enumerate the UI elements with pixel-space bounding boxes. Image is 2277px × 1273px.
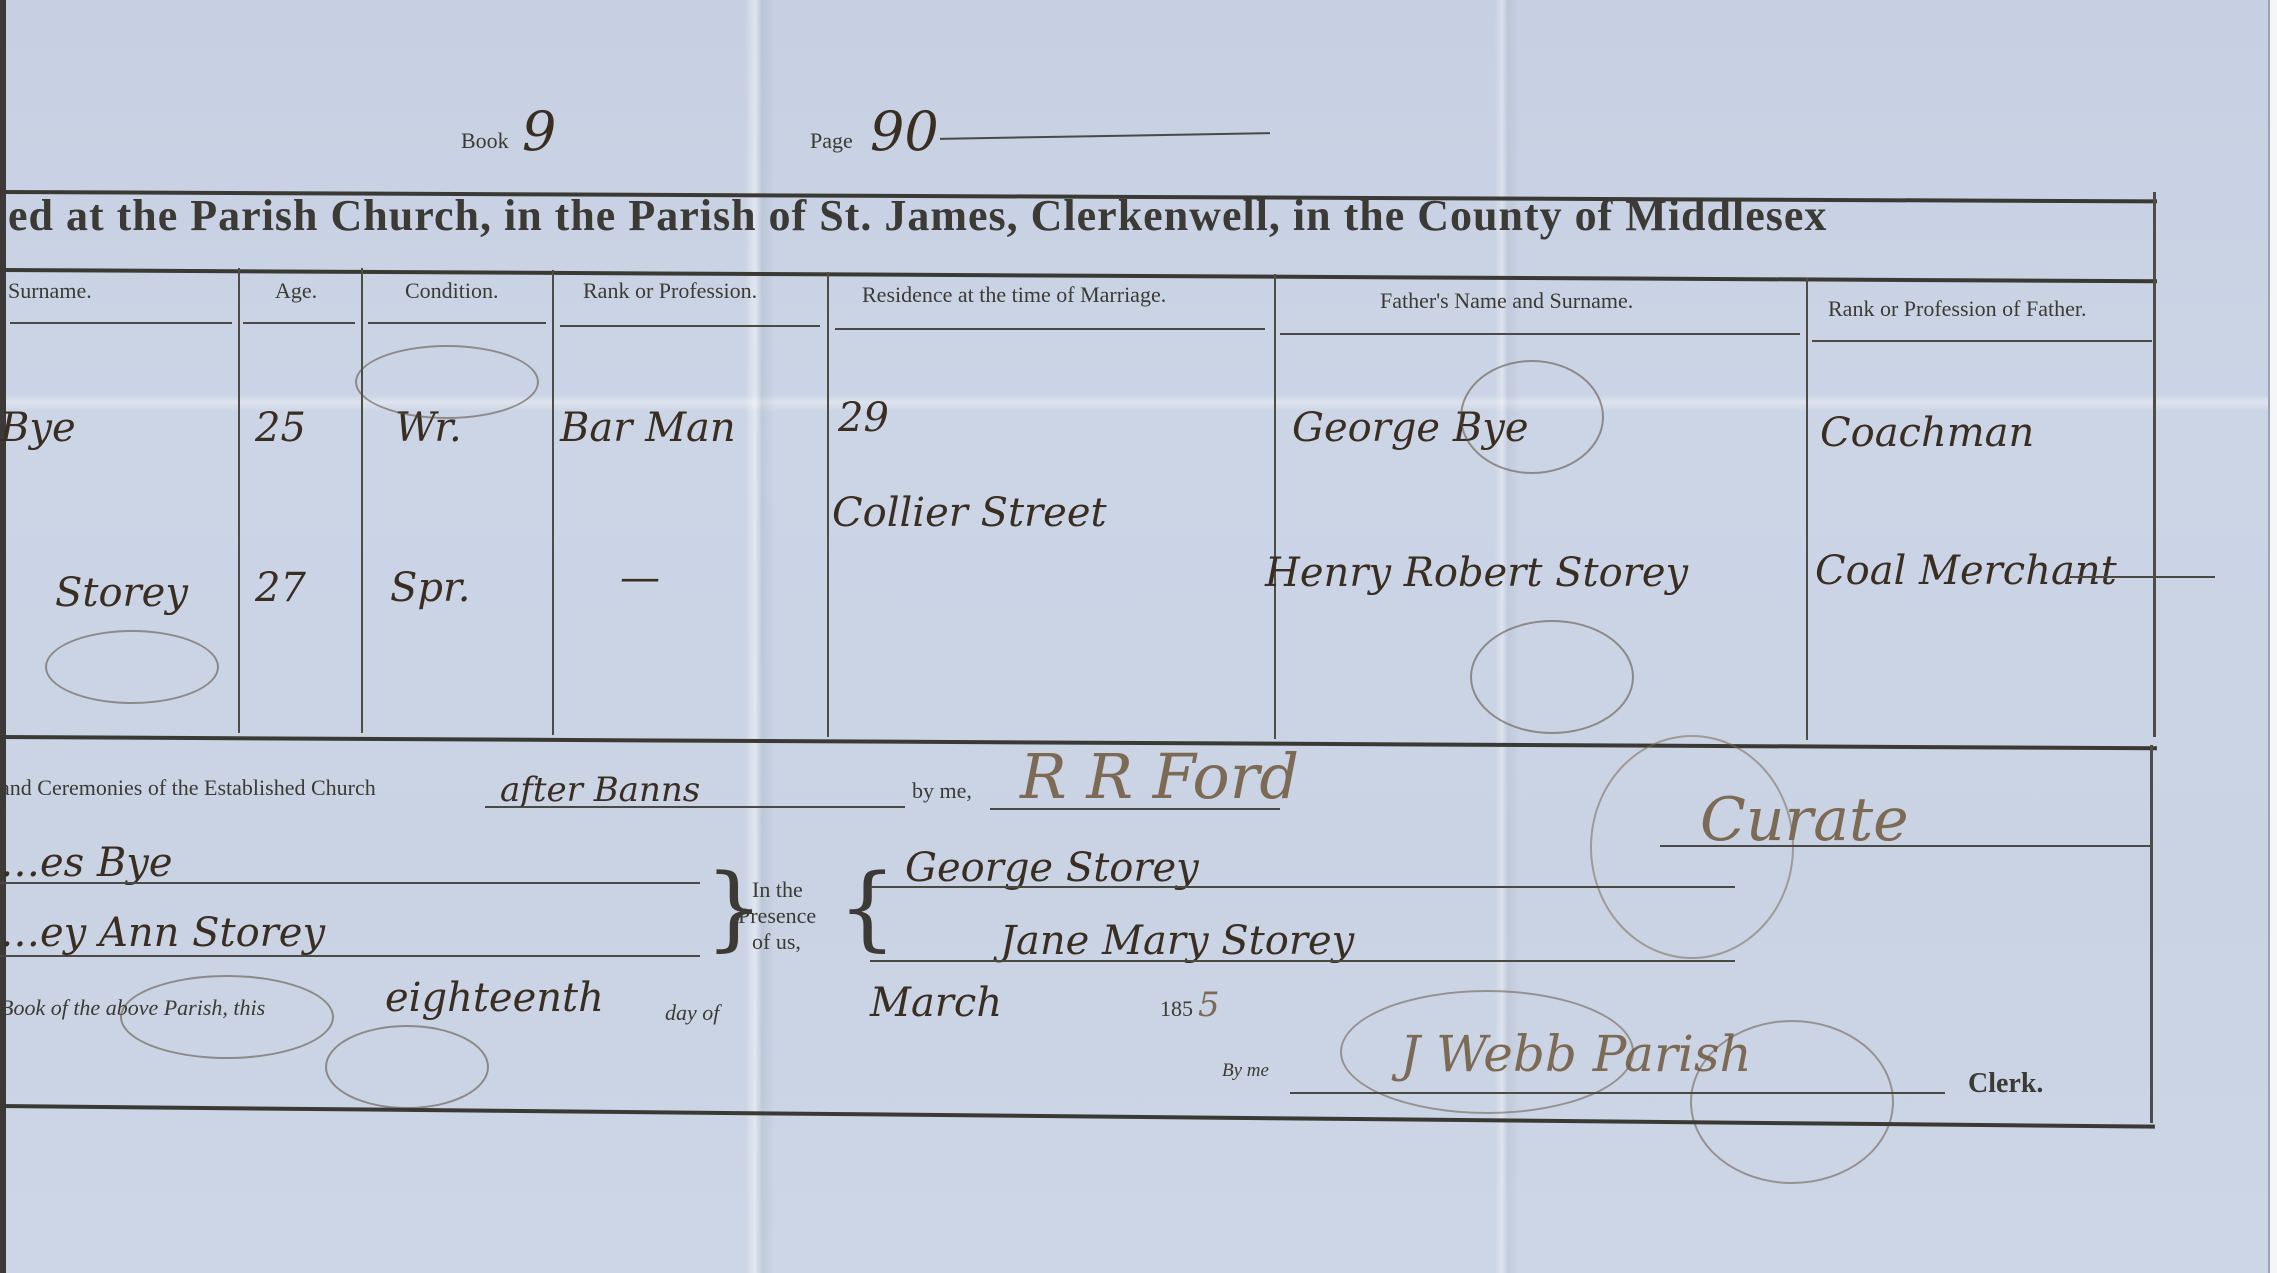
ink-flourish [1470, 620, 1634, 734]
header-age: Age. [275, 278, 317, 304]
witness-2: Jane Mary Storey [1000, 918, 1354, 964]
column-divider [361, 268, 363, 733]
presence-label-1: In the [752, 877, 803, 903]
column-divider [827, 272, 829, 737]
row2-rank: — [620, 555, 660, 601]
year-handwritten: 5 [1198, 985, 1220, 1025]
row1-surname: Bye [0, 405, 76, 451]
rites-value: after Banns [500, 770, 700, 810]
register-title: ed at the Parish Church, in the Parish o… [8, 190, 1827, 241]
row1-rank: Bar Man [560, 405, 736, 451]
presence-label-3: of us, [752, 929, 801, 955]
row1-father-rank: Coachman [1820, 410, 2034, 456]
row1-residence-street: Collier Street [832, 490, 1107, 536]
rites-label: and Ceremonies of the Established Church [0, 775, 376, 801]
header-father-rank: Rank or Profession of Father. [1828, 296, 2086, 322]
clerk-label: Clerk. [1968, 1068, 2043, 1100]
row2-dash-line [2070, 576, 2215, 578]
column-divider [1274, 274, 1276, 739]
header-rank: Rank or Profession. [583, 278, 757, 304]
curate-flourish [1590, 735, 1794, 959]
witness-2-line [870, 960, 1735, 962]
ink-flourish [1460, 360, 1604, 474]
column-divider [1806, 278, 1808, 740]
groom-line [0, 882, 700, 884]
witness-1-line [870, 886, 1735, 888]
by-me-label: by me, [912, 778, 972, 804]
clerk-flourish [1690, 1020, 1894, 1184]
day-of-label: day of [665, 1000, 719, 1026]
ink-flourish [45, 630, 219, 704]
header-underline [243, 322, 355, 324]
year-printed: 185 [1160, 996, 1193, 1022]
month-value: March [870, 980, 1002, 1026]
clerk-by-me-label: By me [1222, 1060, 1269, 1082]
witness-1: George Storey [905, 845, 1199, 891]
page-label: Page [810, 128, 853, 154]
row2-age: 27 [255, 565, 306, 611]
ink-flourish [355, 345, 539, 419]
day-value: eighteenth [385, 975, 604, 1021]
page-number: 90 [870, 100, 939, 163]
table-right-border [2153, 192, 2156, 737]
row1-age: 25 [255, 405, 306, 451]
column-divider [552, 270, 554, 735]
header-surname: Surname. [8, 278, 92, 304]
header-underline [835, 328, 1265, 330]
officiant-signature: R R Ford [1020, 740, 1299, 813]
book-label: Book [461, 128, 509, 154]
row2-surname: Storey [55, 570, 188, 616]
bride-line [0, 955, 700, 957]
header-underline [1280, 333, 1800, 335]
row2-father-rank: Coal Merchant [1815, 548, 2117, 594]
header-condition: Condition. [405, 278, 499, 304]
header-underline [1812, 340, 2152, 342]
clerk-flourish [1340, 990, 1634, 1114]
row2-father: Henry Robert Storey [1265, 550, 1688, 596]
groom-signature: …es Bye [0, 840, 173, 886]
ceremony-right-border [2150, 745, 2153, 1123]
ink-flourish [120, 975, 334, 1059]
row1-residence-number: 29 [838, 395, 889, 441]
ink-flourish [325, 1025, 489, 1109]
header-father: Father's Name and Surname. [1380, 288, 1633, 314]
officiant-line [990, 808, 1280, 810]
book-number: 9 [522, 100, 556, 163]
bride-signature: …ey Ann Storey [0, 910, 325, 956]
clerk-line [1290, 1092, 1945, 1094]
header-residence: Residence at the time of Marriage. [862, 282, 1166, 308]
rites-line [485, 806, 905, 808]
right-brace-icon: { [838, 862, 897, 954]
header-underline [560, 325, 820, 327]
presence-label-2: Presence [738, 903, 816, 929]
row2-condition: Spr. [390, 565, 470, 611]
header-underline [10, 322, 232, 324]
officiant-title-line [1660, 845, 2150, 847]
header-underline [368, 322, 546, 324]
column-divider [238, 268, 240, 733]
